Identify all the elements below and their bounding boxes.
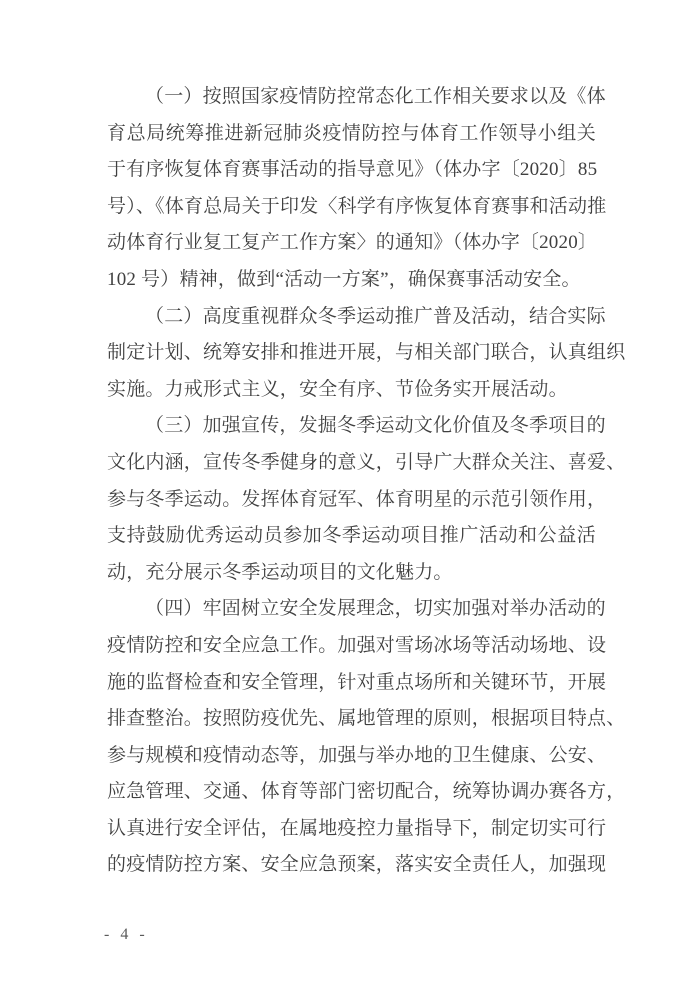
paragraph: （四）牢固树立安全发展理念，切实加强对举办活动的疫情防控和安全应急工作。加强对雪… (107, 591, 596, 884)
paragraph: （三）加强宣传，发掘冬季运动文化价值及冬季项目的文化内涵，宣传冬季健身的意义，引… (107, 408, 596, 591)
text-line: 育总局统筹推进新冠肺炎疫情防控与体育工作领导小组关 (107, 116, 596, 153)
text-line: （四）牢固树立安全发展理念，切实加强对举办活动的 (107, 591, 596, 628)
text-line: 动，充分展示冬季运动项目的文化魅力。 (107, 555, 596, 592)
text-line: 疫情防控和安全应急工作。加强对雪场冰场等活动场地、设 (107, 628, 596, 665)
text-line: 排查整治。按照防疫优先、属地管理的原则，根据项目特点、 (107, 701, 596, 738)
text-line: 号）、《体育总局关于印发〈科学有序恢复体育赛事和活动推 (107, 189, 596, 226)
text-line: 施的监督检查和安全管理，针对重点场所和关键环节，开展 (107, 665, 596, 702)
text-line: （一）按照国家疫情防控常态化工作相关要求以及《体 (107, 79, 596, 116)
text-line: 支持鼓励优秀运动员参加冬季运动项目推广活动和公益活 (107, 518, 596, 555)
page-number: - 4 - (104, 923, 146, 947)
text-line: 参与冬季运动。发挥体育冠军、体育明星的示范引领作用， (107, 482, 596, 519)
text-line: 动体育行业复工复产工作方案〉的通知》（体办字〔2020〕 (107, 225, 596, 262)
text-line: 参与规模和疫情动态等，加强与举办地的卫生健康、公安、 (107, 738, 596, 775)
text-line: 应急管理、交通、体育等部门密切配合，统筹协调办赛各方， (107, 774, 596, 811)
text-line: 102 号）精神，做到“活动一方案”，确保赛事活动安全。 (107, 262, 596, 299)
paragraph: （二）高度重视群众冬季运动推广普及活动，结合实际制定计划、统筹安排和推进开展，与… (107, 299, 596, 409)
document-page: （一）按照国家疫情防控常态化工作相关要求以及《体育总局统筹推进新冠肺炎疫情防控与… (0, 0, 700, 990)
document-body: （一）按照国家疫情防控常态化工作相关要求以及《体育总局统筹推进新冠肺炎疫情防控与… (107, 79, 596, 884)
text-line: 文化内涵，宣传冬季健身的意义，引导广大群众关注、喜爱、 (107, 445, 596, 482)
text-line: 于有序恢复体育赛事活动的指导意见》（体办字〔2020〕85 (107, 152, 596, 189)
text-line: （二）高度重视群众冬季运动推广普及活动，结合实际 (107, 299, 596, 336)
text-line: 认真进行安全评估，在属地疫控力量指导下，制定切实可行 (107, 811, 596, 848)
text-line: 的疫情防控方案、安全应急预案，落实安全责任人，加强现 (107, 847, 596, 884)
paragraph: （一）按照国家疫情防控常态化工作相关要求以及《体育总局统筹推进新冠肺炎疫情防控与… (107, 79, 596, 299)
text-line: 实施。力戒形式主义，安全有序、节俭务实开展活动。 (107, 372, 596, 409)
text-line: （三）加强宣传，发掘冬季运动文化价值及冬季项目的 (107, 408, 596, 445)
text-line: 制定计划、统筹安排和推进开展，与相关部门联合，认真组织 (107, 335, 596, 372)
